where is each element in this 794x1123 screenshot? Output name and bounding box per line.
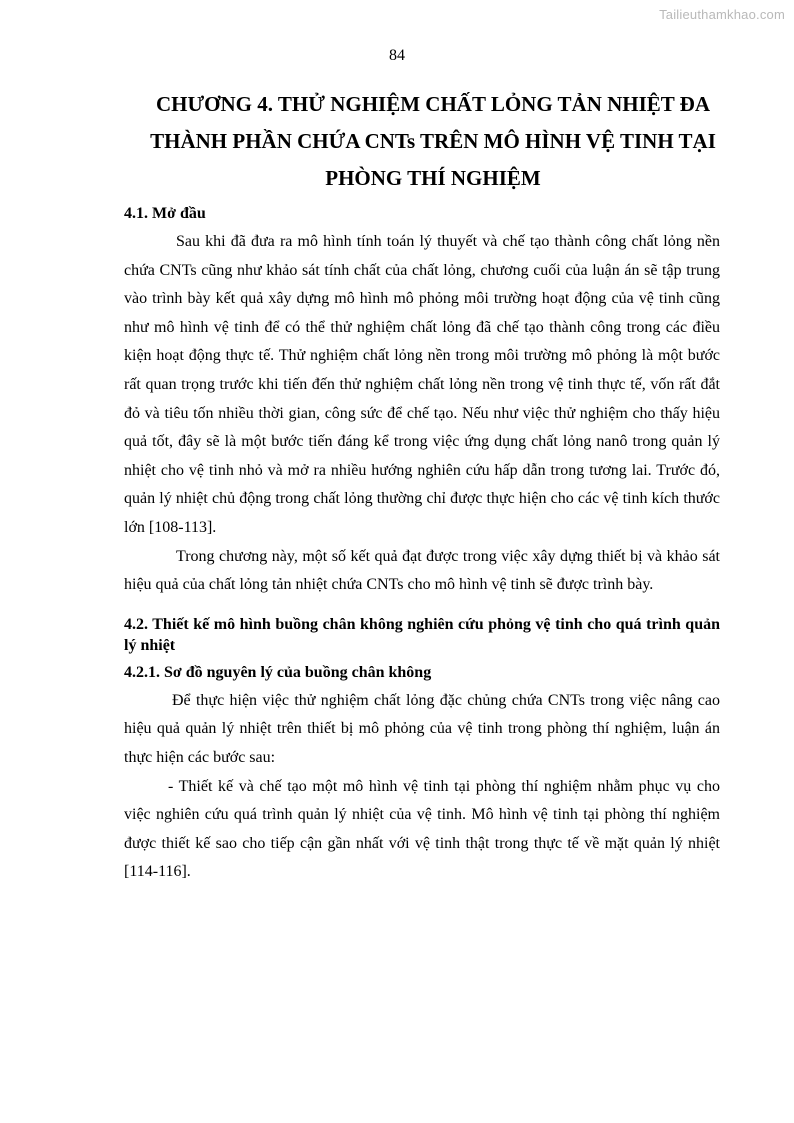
watermark: Tailieuthamkhao.com [659, 7, 785, 22]
chapter-title: CHƯƠNG 4. THỬ NGHIỆM CHẤT LỎNG TẢN NHIỆT… [130, 86, 736, 197]
section-heading-4-2: 4.2. Thiết kế mô hình buồng chân không n… [124, 614, 720, 656]
chapter-title-line: CHƯƠNG 4. THỬ NGHIỆM CHẤT LỎNG TẢN NHIỆT… [130, 86, 736, 123]
paragraph: Sau khi đã đưa ra mô hình tính toán lý t… [124, 228, 720, 543]
chapter-title-line: THÀNH PHẦN CHỨA CNTs TRÊN MÔ HÌNH VỆ TIN… [130, 123, 736, 160]
document-body: 4.1. Mở đầu Sau khi đã đưa ra mô hình tí… [124, 203, 720, 887]
section-heading-4-2-1: 4.2.1. Sơ đồ nguyên lý của buồng chân kh… [124, 662, 720, 684]
paragraph: Để thực hiện việc thử nghiệm chất lỏng đ… [124, 687, 720, 773]
spacer [124, 600, 720, 614]
paragraph: Trong chương này, một số kết quả đạt đượ… [124, 543, 720, 600]
section-heading-4-1: 4.1. Mở đầu [124, 203, 720, 225]
chapter-title-line: PHÒNG THÍ NGHIỆM [130, 160, 736, 197]
bullet-paragraph: - Thiết kế và chế tạo một mô hình vệ tin… [124, 773, 720, 887]
page-number: 84 [0, 47, 794, 65]
